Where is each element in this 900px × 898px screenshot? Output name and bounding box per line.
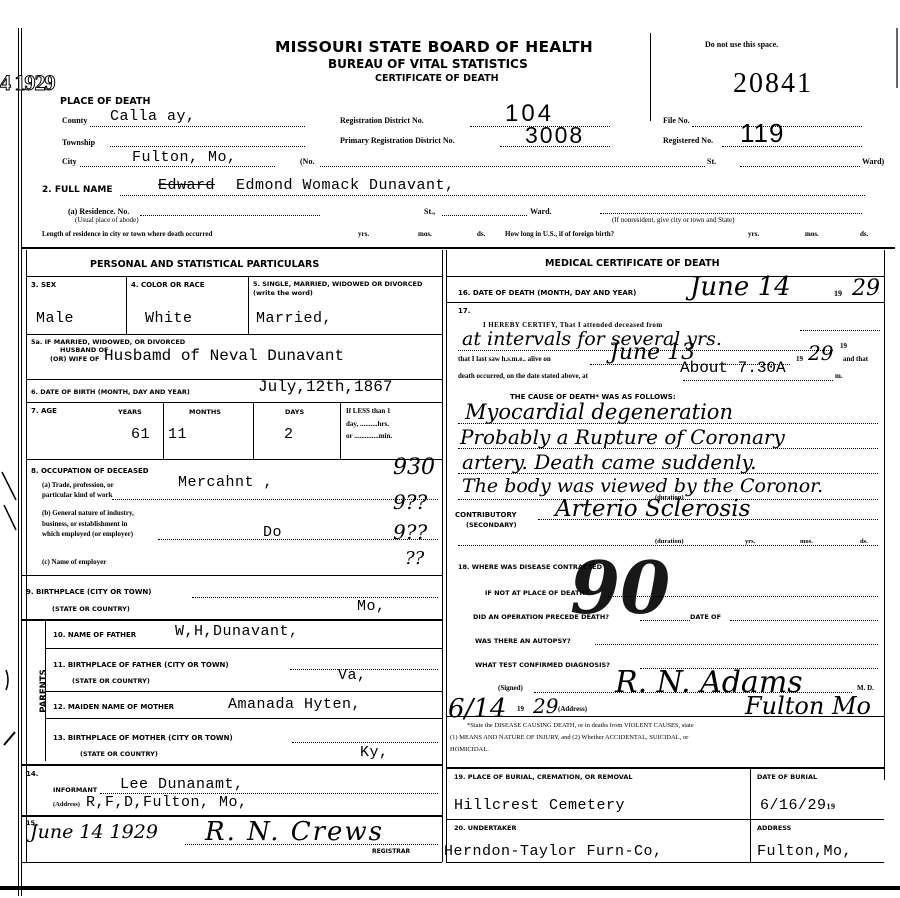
trade-line <box>112 499 438 500</box>
ward-label: Ward) <box>862 157 884 166</box>
foreign-birth-label: How long in U.S., if of foreign birth? <box>505 230 614 238</box>
foreign-mos: mos. <box>805 230 819 238</box>
signed-bottom-line <box>446 716 884 717</box>
birthplace-value: Mo, <box>357 598 386 615</box>
foreign-yrs: yrs. <box>748 230 759 238</box>
full-name-label: 2. FULL NAME <box>42 185 112 195</box>
sex-race-divider <box>126 276 127 334</box>
left-box-right-edge <box>442 250 443 862</box>
township-line <box>110 146 305 147</box>
occupation-label: 8. OCCUPATION OF DECEASED <box>31 467 149 475</box>
undertaker-address-label: ADDRESS <box>757 824 791 832</box>
contributory-duration-label: (duration) <box>655 538 684 545</box>
street-no-label: (No. <box>300 157 314 166</box>
informant-address-label: (Address) <box>53 801 80 808</box>
medical-section-title: MEDICAL CERTIFICATE OF DEATH <box>545 258 720 269</box>
registrar-label: REGISTRAR <box>372 848 410 855</box>
test-label: WHAT TEST CONFIRMED DIAGNOSIS? <box>475 661 610 669</box>
burial-date-label: DATE OF BURIAL <box>757 773 817 781</box>
dob-row-line <box>26 402 442 403</box>
street-line <box>320 166 705 167</box>
trade-value: Mercahnt , <box>178 474 273 491</box>
informant-label: INFORMANT <box>53 786 97 794</box>
burial-place-label: 19. PLACE OF BURIAL, CREMATION, OR REMOV… <box>454 773 633 781</box>
header-title: MISSOURI STATE BOARD OF HEALTH <box>275 38 593 56</box>
city-value: Fulton, Mo, <box>132 149 237 166</box>
father-birthplace-label: 11. BIRTHPLACE OF FATHER (CITY OR TOWN) <box>53 661 229 669</box>
autopsy-line <box>595 644 878 645</box>
place-of-death-label: PLACE OF DEATH <box>60 96 150 107</box>
sex-label: 3. SEX <box>31 281 56 289</box>
residence-st-line <box>442 215 527 216</box>
county-line <box>90 126 305 127</box>
last-saw-year: 29 <box>808 341 833 365</box>
city-line <box>80 166 275 167</box>
less-than-label-1: If LESS than 1 <box>346 407 391 415</box>
spouse-label-3: (OR) WIFE OF <box>50 355 99 363</box>
county-value: Calla ay, <box>110 108 196 125</box>
registration-district-label: Registration District No. <box>340 116 424 125</box>
item-17-label: 17. <box>458 307 470 315</box>
cause-line-4-value: The body was viewed by the Coronor. <box>462 475 823 497</box>
date-of-death-year-prefix: 19 <box>834 289 842 298</box>
primary-registration-label: Primary Registration District No. <box>340 136 455 145</box>
trade-label-1: (a) Trade, profession, or <box>42 481 114 489</box>
cause-line-3-value: artery. Death came suddenly. <box>462 450 757 474</box>
registered-no-label: Registered No. <box>663 136 713 145</box>
burial-place-value: Hillcrest Cemetery <box>454 797 625 814</box>
mother-birthplace-state-label: (STATE OR COUNTRY) <box>80 750 158 758</box>
race-marital-divider <box>248 276 249 334</box>
race-label: 4. COLOR OR RACE <box>131 281 205 289</box>
occupation-code-4: ?? <box>405 548 424 569</box>
medical-margin-code: 90 <box>570 545 670 630</box>
date-of-line <box>730 620 878 621</box>
father-birthplace-state-label: (STATE OR COUNTRY) <box>72 677 150 685</box>
occurred-label: death occurred, on the date stated above… <box>458 372 588 380</box>
contributory-yrs: yrs. <box>745 538 755 545</box>
residence-label: (a) Residence. No. <box>68 207 129 216</box>
city-label: City <box>62 157 77 166</box>
residence-ward-label: Ward. <box>530 207 552 216</box>
age-days-value: 2 <box>284 426 294 443</box>
contributory-ds: ds. <box>860 538 868 545</box>
occupation-code-2: 9?? <box>393 490 427 514</box>
foreign-ds: ds. <box>860 230 868 238</box>
informant-number: 14. <box>26 770 38 778</box>
file-no-label: File No. <box>663 116 690 125</box>
father-birthplace-row-line <box>45 691 442 692</box>
birthplace-label: 9. BIRTHPLACE (CITY OR TOWN) <box>26 588 151 596</box>
burial-date-value: 6/16/2919 <box>760 797 836 814</box>
residence-yrs: yrs. <box>358 230 369 238</box>
signed-year-prefix: 19 <box>517 705 524 713</box>
date-of-death-line <box>446 302 884 303</box>
sex-value: Male <box>36 310 74 327</box>
residence-line <box>140 215 320 216</box>
parents-bottom-line <box>22 764 442 766</box>
cause-line-1-value: Myocardial degeneration <box>465 400 733 424</box>
marital-label: 5. SINGLE, MARRIED, WIDOWED OR DIVORCED … <box>253 280 433 298</box>
signed-date: 6/14 <box>448 694 506 724</box>
residence-mos: mos. <box>418 230 432 238</box>
footnote-line-3: HOMICIDAL. <box>450 746 489 753</box>
spouse-value: Husbamd of Neval Dunavant <box>104 347 344 365</box>
footnote-line-1: *State the DISEASE CAUSING DEATH, or in … <box>467 722 694 729</box>
date-of-death-value: June 14 <box>690 272 791 302</box>
burial-date-suffix: 19 <box>827 802 836 811</box>
birthplace-line <box>192 597 438 598</box>
cause-line-2-value: Probably a Rupture of Coronary <box>460 425 785 449</box>
full-name-struck: Edward <box>158 177 215 194</box>
employer-label: (c) Name of employer <box>42 558 106 566</box>
ward-line <box>740 166 860 167</box>
last-saw-label: that I last saw h.s.m.e.. alive on <box>458 355 551 363</box>
age-months-label: MONTHS <box>189 408 221 416</box>
father-name-value: W,H,Dunavant, <box>175 623 299 640</box>
industry-value: Do <box>263 524 282 541</box>
certify-line <box>800 330 880 331</box>
age-months-days-divider <box>253 402 254 459</box>
length-of-residence-label: Length of residence in city or town wher… <box>42 230 212 238</box>
race-value: White <box>145 310 193 327</box>
father-row-line <box>45 648 442 649</box>
informant-address-value: R,F,D,Fulton, Mo, <box>86 794 248 811</box>
residence-ds: ds. <box>477 230 485 238</box>
age-years-months-divider <box>163 402 164 459</box>
spouse-label-2: HUSBAND OF <box>60 346 108 354</box>
signed-label: (Signed) <box>498 684 523 692</box>
top-section-divider <box>22 247 895 249</box>
occurred-line <box>683 380 833 381</box>
personal-section-title: PERSONAL AND STATISTICAL PARTICULARS <box>90 259 319 270</box>
date-of-death-label: 16. DATE OF DEATH (MONTH, DAY AND YEAR) <box>458 289 636 297</box>
header-divider <box>650 33 651 121</box>
spouse-label-1: 5a. IF MARRIED, WIDOWED, OR DIVORCED <box>31 338 185 346</box>
date-of-label: DATE OF <box>690 613 721 621</box>
left-column-bottom <box>22 862 442 863</box>
marital-value: Married, <box>256 310 332 327</box>
burial-row-line <box>446 819 884 820</box>
street-st-label: St. <box>707 157 716 166</box>
autopsy-label: WAS THERE AN AUTOPSY? <box>475 637 571 645</box>
county-label: County <box>62 116 87 125</box>
signed-year: 29 <box>533 694 558 718</box>
physician-address-label: (Address) <box>558 705 587 713</box>
residence-sub-label: (Usual place of abode) <box>75 216 139 224</box>
occupation-code-3: 9?? <box>393 520 427 544</box>
file-year-stamp: 4 1929 <box>0 70 55 96</box>
residence-st-label: St., <box>424 207 435 216</box>
full-name-value: Edmond Womack Dunavant, <box>236 177 455 194</box>
secondary-label: (SECONDARY) <box>466 521 517 529</box>
mother-birthplace-value: Ky, <box>360 744 389 761</box>
mother-birthplace-label: 13. BIRTHPLACE OF MOTHER (CITY OR TOWN) <box>53 734 233 742</box>
primary-registration-value: 3008 <box>525 122 584 149</box>
dob-value: July,12th,1867 <box>258 378 392 396</box>
contributory-label: CONTRIBUTORY <box>455 511 517 519</box>
nonresident-line <box>600 213 862 214</box>
mother-birthplace-line <box>292 742 438 743</box>
less-than-label-3: or ..............min. <box>346 432 392 440</box>
registered-no-value: 119 <box>740 118 784 149</box>
age-years-label: YEARS <box>118 408 142 416</box>
undertaker-label: 20. UNDERTAKER <box>454 824 517 832</box>
nonresident-note: (If nonresident, give city or town and S… <box>612 216 734 224</box>
office-note: Do not use this space. <box>705 40 778 49</box>
township-label: Township <box>62 138 95 147</box>
md-label: M. D. <box>857 684 874 692</box>
industry-label-3: which employed (or employer) <box>42 530 133 538</box>
birthplace-state-label: (STATE OR COUNTRY) <box>52 605 130 613</box>
undertaker-value: Herndon-Taylor Furn-Co, <box>444 843 663 860</box>
industry-label-2: business, or establishment in <box>42 520 127 528</box>
occupation-row-line <box>22 575 442 576</box>
less-than-label-2: day, ..........hrs. <box>346 420 389 428</box>
contributory-value: Arterio Sclerosis <box>555 496 750 522</box>
mother-name-value: Amanada Hyten, <box>228 696 361 713</box>
age-row-line <box>26 459 442 460</box>
right-box-left-edge <box>446 250 447 862</box>
personal-header-line <box>26 276 442 277</box>
occurred-m-label: m. <box>835 372 843 380</box>
father-name-label: 10. NAME OF FATHER <box>53 631 136 639</box>
industry-label-1: (b) General nature of industry, <box>42 509 134 517</box>
contributory-mos: mos. <box>800 538 813 545</box>
age-days-label: DAYS <box>285 408 304 416</box>
and-that-label: and that <box>843 355 868 363</box>
medical-header-line <box>446 276 884 277</box>
medical-bottom-line <box>446 767 884 769</box>
undertaker-address-value: Fulton,Mo, <box>757 843 852 860</box>
bottom-thick-border <box>0 886 900 890</box>
occupation-code-1: 930 <box>393 455 435 480</box>
filed-date: June 14 1929 <box>30 821 158 843</box>
informant-value: Lee Dunanamt, <box>120 776 244 793</box>
burial-divider <box>750 768 751 862</box>
right-border <box>896 28 898 88</box>
footnote-line-2: (1) MEANS AND NATURE OF INJURY, and (2) … <box>450 734 688 741</box>
header-bureau: BUREAU OF VITAL STATISTICS <box>328 57 528 71</box>
registrar-signature: R. N. Crews <box>205 817 384 847</box>
left-border-outer <box>18 28 19 896</box>
right-box-right-edge <box>884 250 885 780</box>
occurred-value: About 7.30A <box>680 359 786 377</box>
mother-row-line <box>45 718 442 719</box>
marital-row-line <box>26 334 442 335</box>
father-birthplace-value: Va, <box>338 667 367 684</box>
right-column-bottom <box>446 862 884 863</box>
margin-pen-marks <box>0 470 18 750</box>
birthplace-row-line <box>22 619 442 621</box>
full-name-line <box>120 195 865 196</box>
certificate-number: 20841 <box>733 68 813 100</box>
mother-name-label: 12. MAIDEN NAME OF MOTHER <box>53 703 174 711</box>
age-days-less-divider <box>340 402 341 459</box>
last-saw-year-prefix: 19 <box>796 355 803 363</box>
dob-label: 6. DATE OF BIRTH (MONTH, DAY AND YEAR) <box>31 388 190 396</box>
attended-year-label: 19 <box>840 342 847 350</box>
age-months-value: 11 <box>168 426 187 443</box>
trade-label-2: particular kind of work <box>42 491 112 499</box>
age-years-value: 61 <box>131 426 150 443</box>
header-certificate-type: CERTIFICATE OF DEATH <box>375 73 499 84</box>
date-of-death-year: 29 <box>852 276 880 301</box>
age-label: 7. AGE <box>31 407 57 415</box>
